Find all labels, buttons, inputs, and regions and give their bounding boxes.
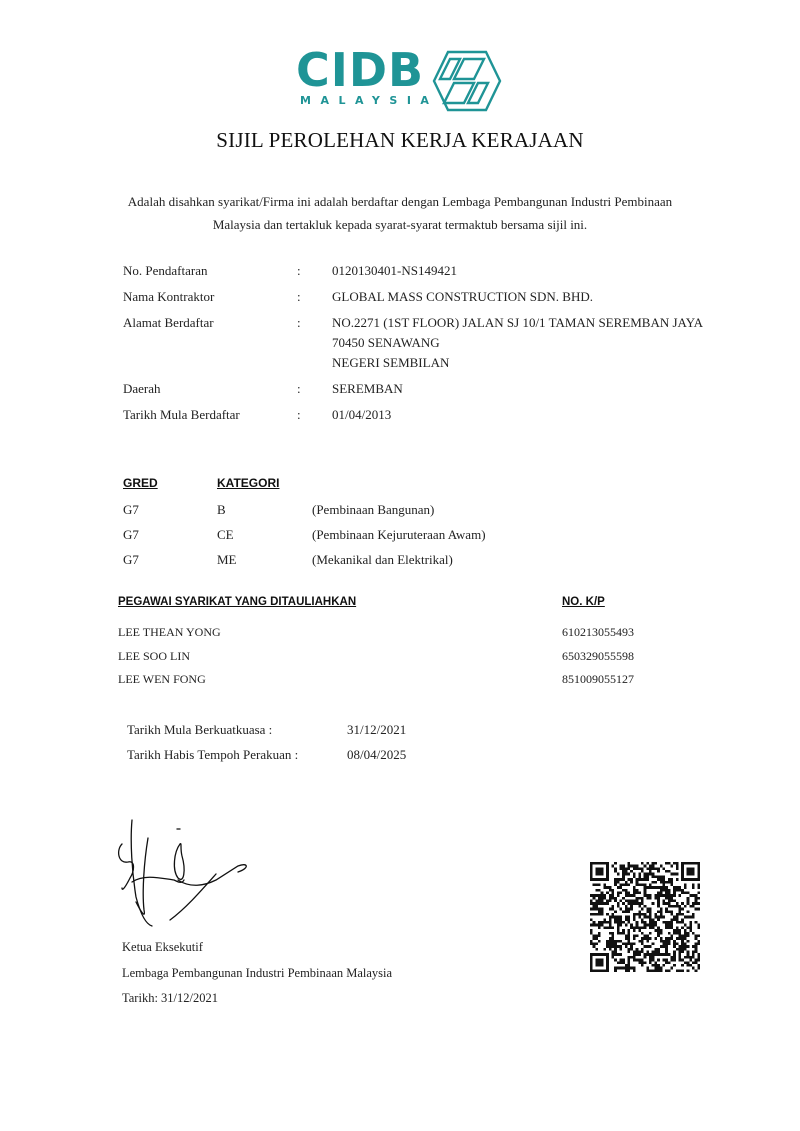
intro-line-1: Adalah disahkan syarikat/Firma ini adala…	[100, 190, 700, 213]
field-colon: :	[297, 381, 301, 397]
signature-icon	[100, 812, 280, 932]
field-colon: :	[297, 263, 301, 279]
officer-3-ic: 851009055127	[562, 672, 634, 687]
expiry-date-value: 08/04/2025	[347, 747, 406, 763]
grade-header: GRED	[123, 476, 158, 490]
grade-row-1-grade: G7	[123, 502, 139, 518]
signatory-position: Ketua Eksekutif	[122, 940, 203, 955]
officer-3-name: LEE WEN FONG	[118, 672, 206, 687]
intro-line-2: Malaysia dan tertakluk kepada syarat-sya…	[100, 213, 700, 236]
cidb-mark-icon	[426, 50, 502, 112]
grade-row-2-grade: G7	[123, 527, 139, 543]
expiry-date-label: Tarikh Habis Tempoh Perakuan :	[127, 747, 298, 763]
cidb-logo: CIDB MALAYSIA	[296, 50, 506, 112]
logo-country-text: MALAYSIA	[300, 94, 438, 107]
effective-date-label: Tarikh Mula Berkuatkuasa :	[127, 722, 272, 738]
field-value: SEREMBAN	[332, 379, 403, 399]
officer-2-name: LEE SOO LIN	[118, 649, 190, 664]
officer-1-name: LEE THEAN YONG	[118, 625, 221, 640]
field-value: 0120130401-NS149421	[332, 261, 457, 281]
officer-2-ic: 650329055598	[562, 649, 634, 664]
category-header: KATEGORI	[217, 476, 279, 490]
certificate-title: SIJIL PEROLEHAN KERJA KERAJAAN	[0, 128, 800, 153]
field-colon: :	[297, 289, 301, 305]
intro-paragraph: Adalah disahkan syarikat/Firma ini adala…	[100, 190, 700, 236]
effective-date-value: 31/12/2021	[347, 722, 406, 738]
signature-date: Tarikh: 31/12/2021	[122, 991, 218, 1006]
address-line-3: NEGERI SEMBILAN	[332, 353, 703, 373]
grade-row-3-grade: G7	[123, 552, 139, 568]
grade-row-3-category: ME	[217, 552, 237, 568]
address-line-2: 70450 SENAWANG	[332, 333, 703, 353]
address-line-1: NO.2271 (1ST FLOOR) JALAN SJ 10/1 TAMAN …	[332, 313, 703, 333]
officers-header: PEGAWAI SYARIKAT YANG DITAULIAHKAN	[118, 596, 356, 608]
field-colon: :	[297, 315, 301, 331]
field-label: Alamat Berdaftar	[123, 315, 214, 331]
grade-row-2-description: (Pembinaan Kejuruteraan Awam)	[312, 527, 486, 543]
grade-row-1-description: (Pembinaan Bangunan)	[312, 502, 434, 518]
field-colon: :	[297, 407, 301, 423]
field-label: No. Pendaftaran	[123, 263, 207, 279]
grade-row-3-description: (Mekanikal dan Elektrikal)	[312, 552, 453, 568]
field-value: GLOBAL MASS CONSTRUCTION SDN. BHD.	[332, 287, 593, 307]
logo-brand-text: CIDB	[296, 44, 424, 96]
field-label: Daerah	[123, 381, 161, 397]
officer-1-ic: 610213055493	[562, 625, 634, 640]
grade-row-1-category: B	[217, 502, 226, 518]
field-value: 01/04/2013	[332, 405, 391, 425]
field-label: Tarikh Mula Berdaftar	[123, 407, 240, 423]
qr-code-icon[interactable]	[590, 862, 700, 972]
grade-row-2-category: CE	[217, 527, 234, 543]
ic-header: NO. K/P	[562, 596, 605, 608]
signatory-organization: Lembaga Pembangunan Industri Pembinaan M…	[122, 966, 392, 981]
field-label: Nama Kontraktor	[123, 289, 214, 305]
address-lines: NO.2271 (1ST FLOOR) JALAN SJ 10/1 TAMAN …	[332, 313, 703, 373]
